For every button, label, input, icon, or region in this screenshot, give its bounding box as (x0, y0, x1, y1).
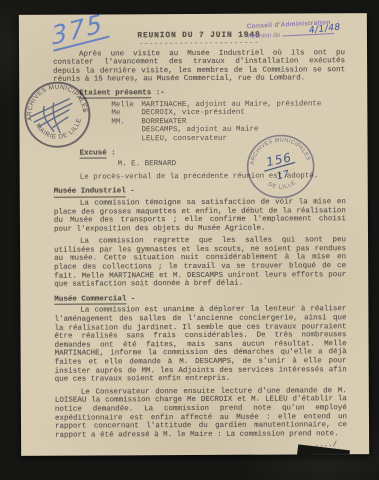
musee-commercial-paragraph-2: Le Conservateur donne ensuite lecture d'… (55, 387, 347, 440)
round-stamp-top-text: ARCHIVES MUNICIPALES (22, 79, 88, 121)
musee-commercial-paragraph-1: La commission est unanime à déplorer la … (54, 306, 346, 385)
continuation-mark: ..../ (55, 443, 337, 451)
section-heading-musee-commercial: Musée Commercial - (54, 294, 346, 304)
archives-municipales-oval-stamp: ARCHIVES MUNICIPALES DE LILLE 156 17 (241, 129, 320, 204)
reference-denominator: 17 (276, 169, 291, 183)
archives-municipales-round-stamp: ARCHIVES MUNICIPALES MAIRIE DE LILLE * * (19, 74, 98, 156)
handwritten-reference: 156 17 (261, 150, 298, 185)
admin-stamp-line2: Réunion du (247, 32, 281, 41)
title-underline: ------------------------ (53, 41, 345, 47)
present-heading: Etaient présents :- (79, 88, 345, 98)
intro-paragraph: Après une visite au Musée Industriel où … (53, 49, 345, 85)
scanned-minutes-page: 375 Conseil d'Administration Réunion du … (19, 13, 369, 456)
musee-industriel-paragraph-2: La commission regrette que les salles qu… (54, 236, 346, 289)
svg-text:ARCHIVES MUNICIPALES: ARCHIVES MUNICIPALES (22, 79, 88, 121)
conseil-administration-stamp: Conseil d'Administration Réunion du (247, 17, 364, 42)
musee-industriel-paragraph-1: La commission témoigne sa satisfaction d… (54, 198, 346, 234)
